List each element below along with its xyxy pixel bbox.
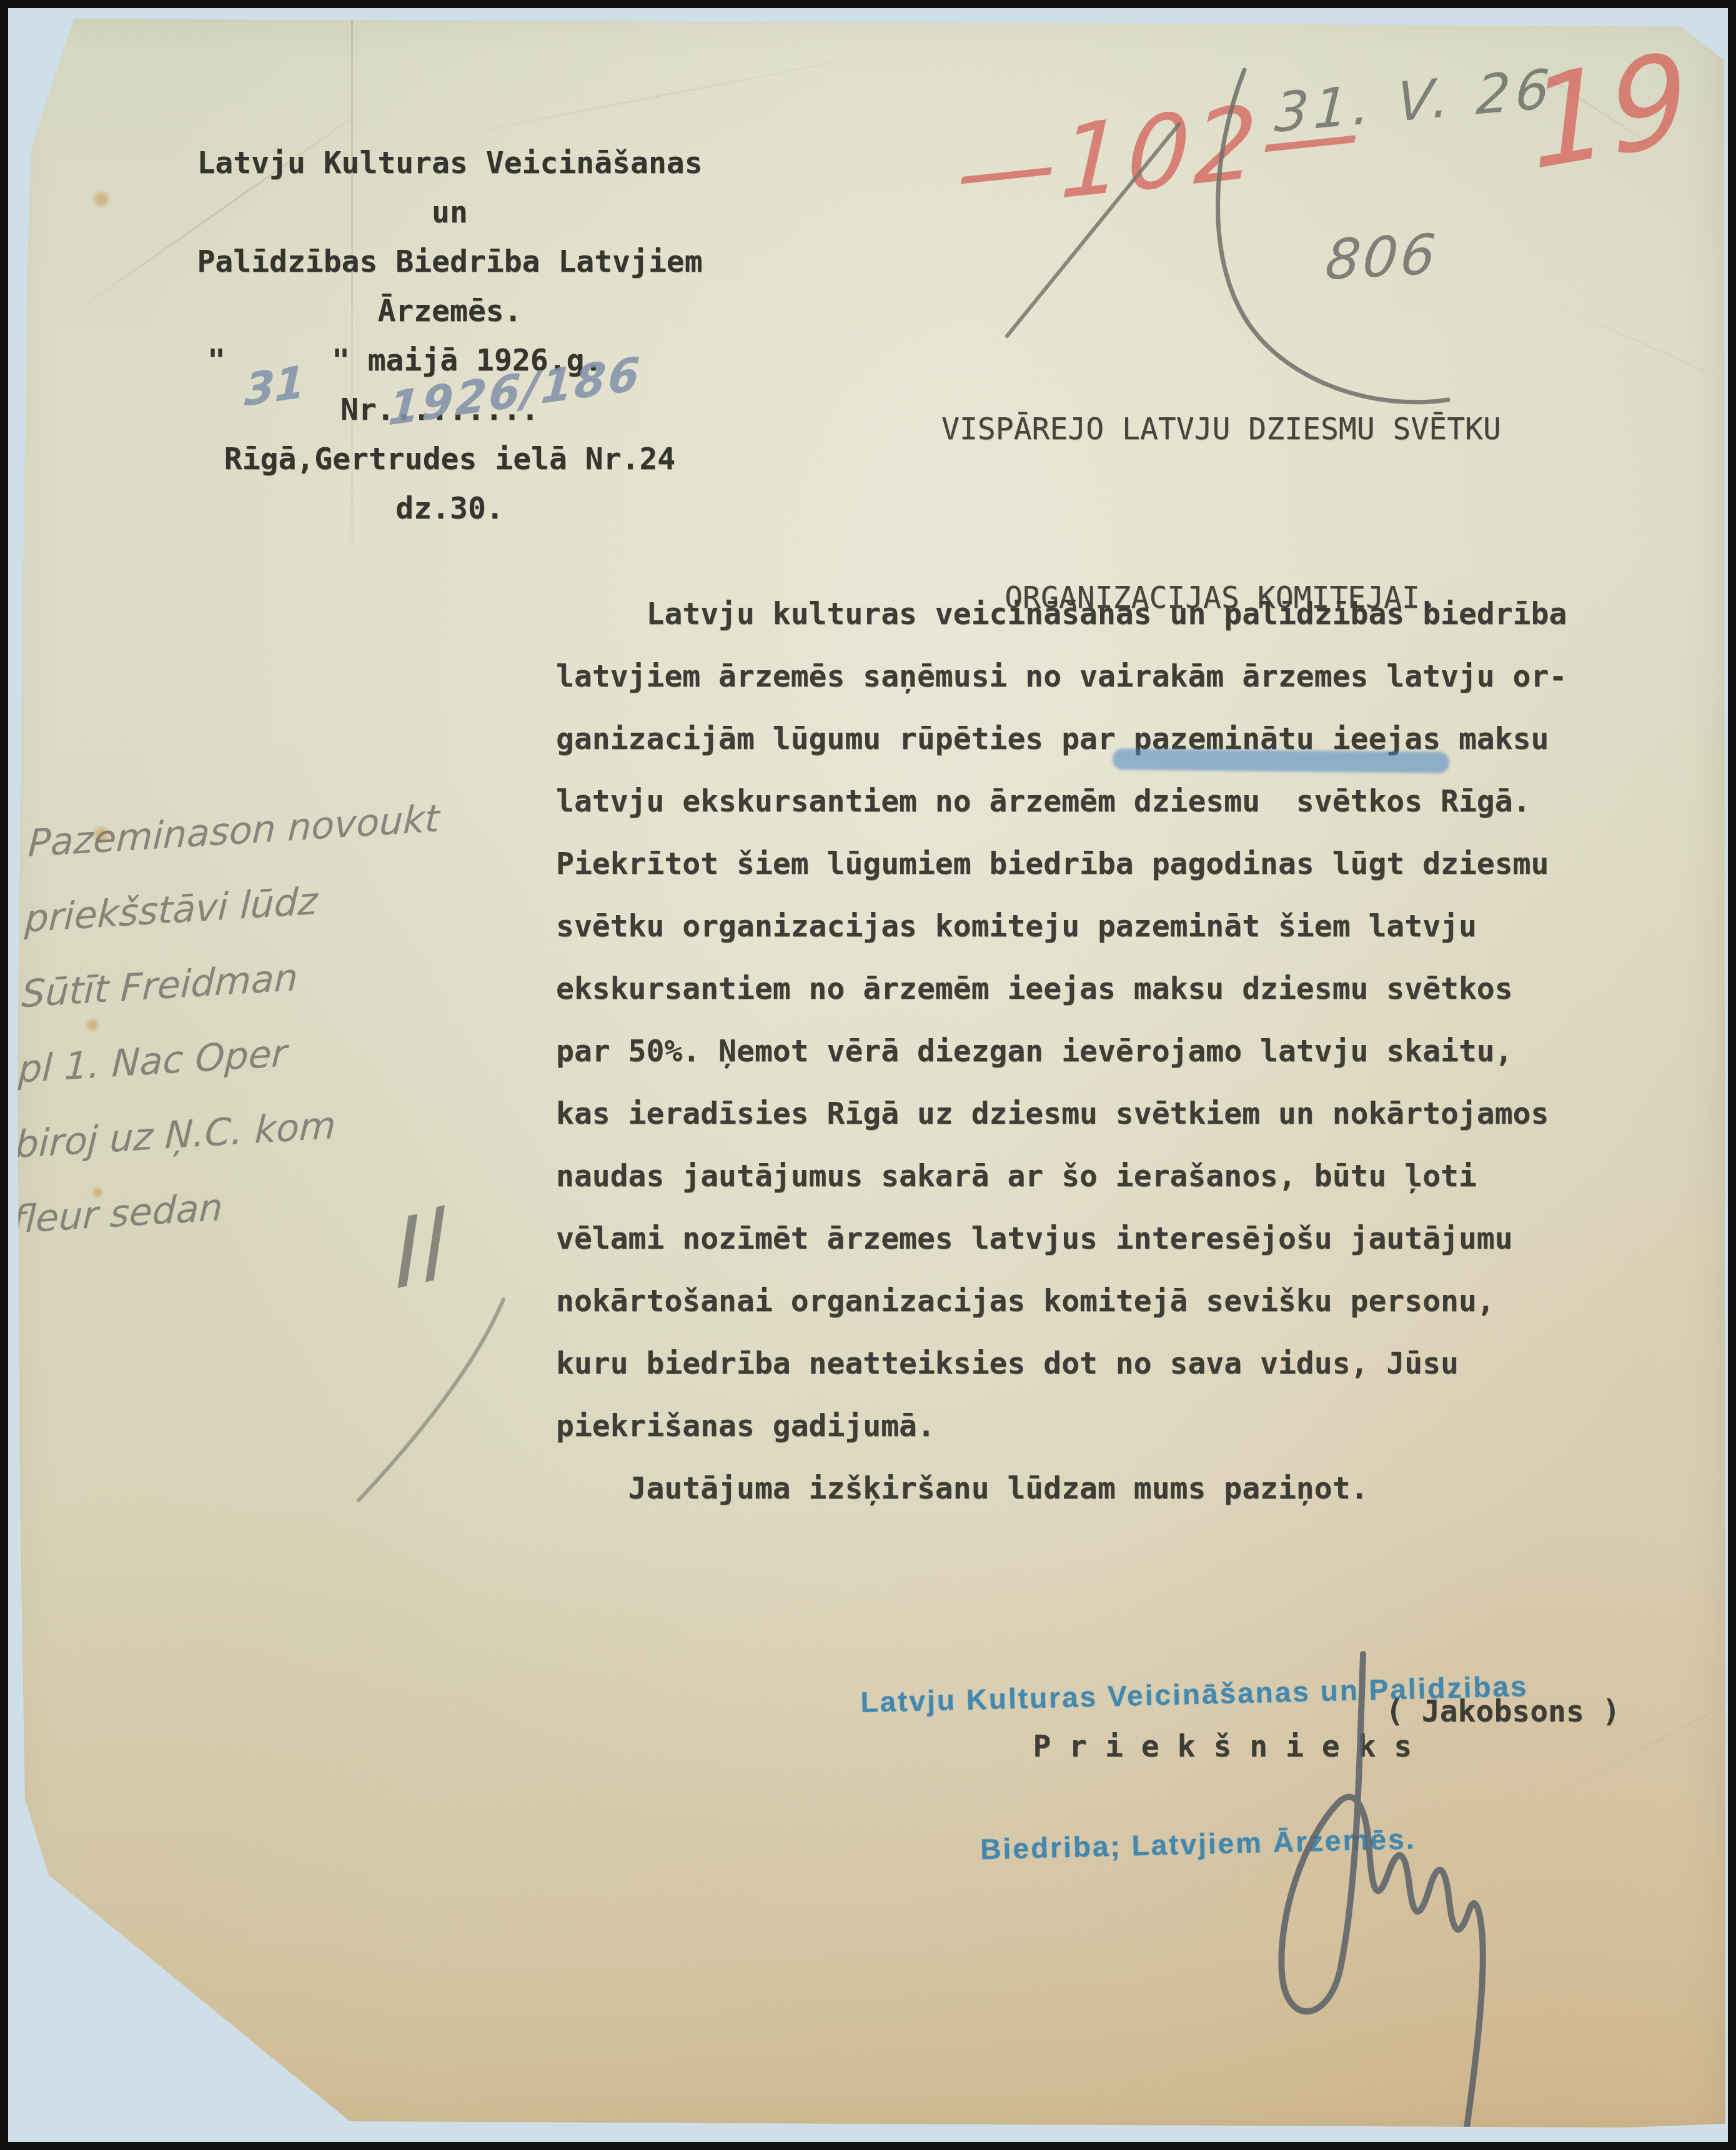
body-line: ekskursantiem no ārzemēm ieejas maksu dz… xyxy=(556,971,1618,1034)
signer-name: ( Jakobsons ) xyxy=(1386,1694,1620,1729)
letterhead-org-line: un xyxy=(175,188,725,237)
body-line: latvju ekskursantiem no ārzemēm dziesmu … xyxy=(556,784,1618,846)
letterhead-org-line: Palīdzības Biedrība Latvjiem xyxy=(175,237,725,287)
blue-underline-highlight: pazeminātu ieejas xyxy=(1134,721,1441,756)
body-line: Piekrītot šiem lūgumiem biedrība pagodin… xyxy=(556,846,1618,909)
signer-title: P r i e k š n i e k s xyxy=(1033,1729,1412,1764)
body-line: ganizacijām lūgumu rūpēties par pazeminā… xyxy=(556,721,1618,784)
letterhead-org-line: Latvju Kulturas Veicināšanas xyxy=(175,139,725,188)
pencil-marginalia: Pazeminason novouktpriekšstāvi lūdzSūtīt… xyxy=(9,788,590,1274)
body-line: Latvju kulturas veicināšanas un palīdzīb… xyxy=(556,597,1618,659)
letterhead-address-line: dz.30. xyxy=(175,484,725,533)
letterhead-org-line: Ārzemēs. xyxy=(175,287,725,336)
body-line: par 50%. Ņemot vērā diezgan ievērojamo l… xyxy=(556,1034,1618,1096)
body-line: kuru biedrība neatteiksies dot no sava v… xyxy=(556,1346,1618,1409)
body-line: naudas jautājumus sakarā ar šo ierašanos… xyxy=(556,1159,1618,1221)
paper-hole xyxy=(92,190,110,209)
letterhead-number-line: Nr.........1926/186 xyxy=(175,385,725,435)
pencil-received-number: 806 xyxy=(1323,222,1441,292)
red-page-number: 19 xyxy=(1525,24,1695,199)
pencil-received-date: 31. V. 26 xyxy=(1273,57,1556,145)
paper-crease xyxy=(405,42,933,146)
letterhead-address-line: Rīgā,Gertrudes ielā Nr.24 xyxy=(175,435,725,484)
signature-row: P r i e k š n i e k s ( Jakobsons ) xyxy=(925,1694,1674,1834)
letter-paper: Latvju Kulturas Veicināšanas un Palīdzīb… xyxy=(0,0,1736,2150)
body-line: nokārtošanai organizacijas komitejā sevi… xyxy=(556,1284,1618,1346)
recipient-line: VISPĀREJO LATVJU DZIESMU SVĒTKU xyxy=(937,401,1505,457)
body-line: kas ieradīsies Rīgā uz dziesmu svētkiem … xyxy=(556,1096,1618,1159)
pencil-initials: Il xyxy=(392,1190,449,1311)
body-line: piekrišanas gadijumā. xyxy=(556,1409,1618,1471)
paper-crease xyxy=(1535,295,1736,406)
body-line: svētku organizacijas komiteju pazemināt … xyxy=(556,909,1618,971)
date-quote-open: " xyxy=(207,343,226,378)
pencil-initials-flourish xyxy=(359,1299,503,1500)
body-line: Jautājuma izšķiršanu lūdzam mums paziņot… xyxy=(556,1471,1618,1533)
scanned-letter-page: Latvju Kulturas Veicināšanas un Palīdzīb… xyxy=(0,0,1736,2150)
letter-body: Latvju kulturas veicināšanas un palīdzīb… xyxy=(556,597,1618,1533)
letterhead: Latvju Kulturas Veicināšanas un Palīdzīb… xyxy=(175,139,725,533)
body-line: vēlami nozīmēt ārzemes latvjus interesēj… xyxy=(556,1221,1618,1284)
body-line: latvjiem ārzemēs saņēmusi no vairakām ār… xyxy=(556,659,1618,721)
